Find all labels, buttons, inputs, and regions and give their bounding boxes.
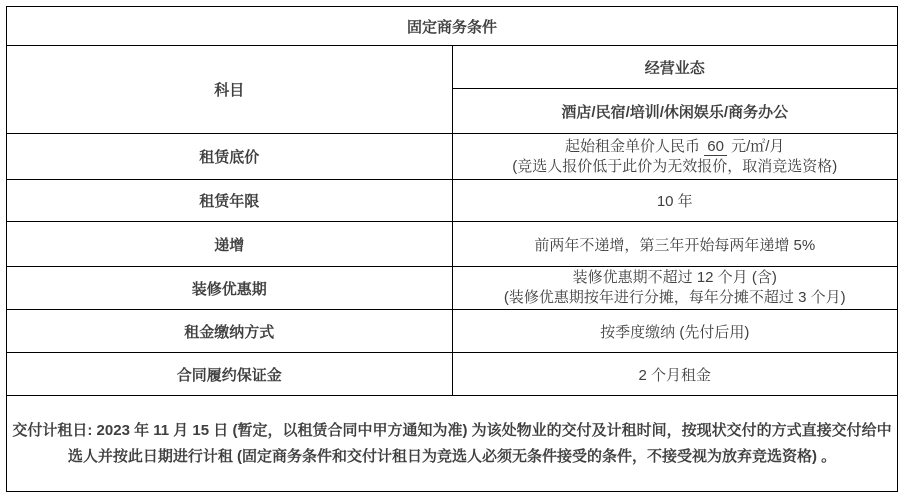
- escalation-row: 递增 前两年不递增，第三年开始每两年递增 5%: [7, 222, 898, 267]
- subject-row: 科目 经营业态: [7, 46, 898, 89]
- renovation-period-line2: (装修优惠期按年进行分摊，每年分摊不超过 3 个月): [453, 288, 898, 308]
- renovation-period-line1: 装修优惠期不超过 12 个月 (含): [453, 268, 898, 288]
- escalation-label: 递增: [7, 222, 453, 267]
- deposit-row: 合同履约保证金 2 个月租金: [7, 353, 898, 396]
- deposit-label: 合同履约保证金: [7, 353, 453, 396]
- payment-method-row: 租金缴纳方式 按季度缴纳 (先付后用): [7, 310, 898, 353]
- delivery-note-row: 交付计租日: 2023 年 11 月 15 日 (暂定，以租赁合同中甲方通知为准…: [7, 396, 898, 492]
- deposit-value: 2 个月租金: [452, 353, 898, 396]
- lease-term-label: 租赁年限: [7, 180, 453, 222]
- base-rent-line1: 起始租金单价人民币 60 元/㎡/月: [453, 137, 898, 157]
- lease-term-value: 10 年: [452, 180, 898, 222]
- table-title: 固定商务条件: [7, 7, 898, 46]
- escalation-value: 前两年不递增，第三年开始每两年递增 5%: [452, 222, 898, 267]
- payment-method-label: 租金缴纳方式: [7, 310, 453, 353]
- renovation-period-row: 装修优惠期 装修优惠期不超过 12 个月 (含) (装修优惠期按年进行分摊，每年…: [7, 267, 898, 310]
- base-rent-amount: 60: [704, 138, 727, 156]
- subject-business-types: 酒店/民宿/培训/休闲娱乐/商务办公: [452, 89, 898, 134]
- base-rent-row: 租赁底价 起始租金单价人民币 60 元/㎡/月 (竞选人报价低于此价为无效报价，…: [7, 134, 898, 180]
- payment-method-value: 按季度缴纳 (先付后用): [452, 310, 898, 353]
- renovation-period-value-cell: 装修优惠期不超过 12 个月 (含) (装修优惠期按年进行分摊，每年分摊不超过 …: [452, 267, 898, 310]
- renovation-period-label: 装修优惠期: [7, 267, 453, 310]
- base-rent-label: 租赁底价: [7, 134, 453, 180]
- title-row: 固定商务条件: [7, 7, 898, 46]
- base-rent-suffix: 元/㎡/月: [731, 138, 784, 155]
- delivery-note: 交付计租日: 2023 年 11 月 15 日 (暂定，以租赁合同中甲方通知为准…: [7, 396, 898, 492]
- base-rent-prefix: 起始租金单价人民币: [565, 138, 700, 155]
- base-rent-note: (竞选人报价低于此价为无效报价，取消竞选资格): [453, 157, 898, 177]
- subject-label: 科目: [7, 46, 453, 134]
- subject-category: 经营业态: [452, 46, 898, 89]
- fixed-commercial-terms-table: 固定商务条件 科目 经营业态 酒店/民宿/培训/休闲娱乐/商务办公 租赁底价 起…: [6, 6, 898, 492]
- lease-term-row: 租赁年限 10 年: [7, 180, 898, 222]
- base-rent-value-cell: 起始租金单价人民币 60 元/㎡/月 (竞选人报价低于此价为无效报价，取消竞选资…: [452, 134, 898, 180]
